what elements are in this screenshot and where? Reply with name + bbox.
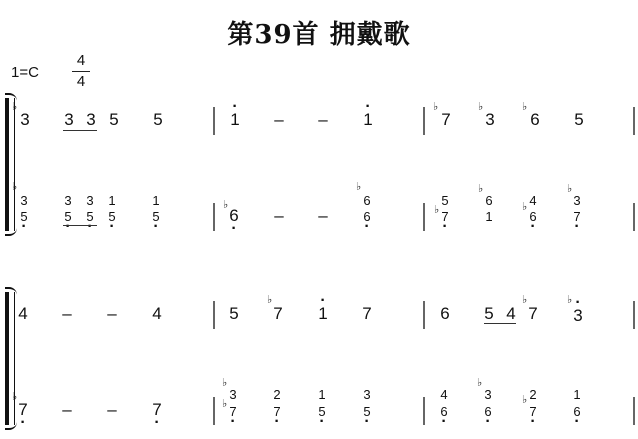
eighth-underline [63, 130, 97, 131]
time-signature: 4 4 [72, 52, 90, 91]
acc-lower-note: 7 [223, 404, 243, 419]
melody-note: 7 [523, 304, 543, 324]
acc-upper-note: 2 [523, 387, 543, 402]
acc-lower-note: 5 [14, 209, 34, 224]
acc-lower-note: 7 [523, 404, 543, 419]
acc-dash: – [313, 206, 333, 226]
barline [423, 301, 425, 329]
barline [633, 203, 635, 231]
acc-upper-note: 3 [58, 193, 78, 208]
acc-upper-note: 3 [14, 193, 34, 208]
melody-note: 5 [104, 110, 124, 130]
melody-note: 3 [59, 110, 79, 130]
melody-note: 7 [436, 110, 456, 130]
acc-upper-note: 4 [434, 387, 454, 402]
acc-lower-note: 6 [567, 404, 587, 419]
barline [213, 203, 215, 231]
acc-upper-note: 1 [102, 193, 122, 208]
melody-note: 3 [15, 110, 35, 130]
acc-lower-note: 5 [80, 209, 100, 224]
acc-upper-note: 1 [312, 387, 332, 402]
melody-note: 3 [81, 110, 101, 130]
barline [633, 301, 635, 329]
barline [423, 203, 425, 231]
acc-upper-note: 2 [267, 387, 287, 402]
acc-lower-note: 5 [312, 404, 332, 419]
acc-lower-note: 6 [523, 209, 543, 224]
acc-lower-note: 6 [434, 404, 454, 419]
acc-lower-note: 7 [13, 400, 33, 420]
barline [213, 397, 215, 425]
melody-note-high: 1 [313, 304, 333, 324]
acc-upper-note: 1 [146, 193, 166, 208]
melody-note: 5 [569, 110, 589, 130]
acc-lower-note: 7 [147, 400, 167, 420]
acc-lower-note: 7 [267, 404, 287, 419]
eighth-underline [484, 323, 516, 324]
acc-dash: – [269, 206, 289, 226]
key-signature: 1=C [11, 64, 39, 81]
melody-note: 6 [525, 110, 545, 130]
melody-note: 7 [357, 304, 377, 324]
barline [633, 397, 635, 425]
time-signature-bottom: 4 [72, 73, 90, 91]
melody-dash: – [313, 110, 333, 130]
acc-lower-note: 1 [479, 209, 499, 224]
barline [423, 107, 425, 135]
melody-note: 3 [480, 110, 500, 130]
melody-note: 5 [148, 110, 168, 130]
acc-upper-note: 3 [357, 387, 377, 402]
acc-lower-note: 5 [102, 209, 122, 224]
melody-dash: – [102, 304, 122, 324]
acc-lower-note: 5 [58, 209, 78, 224]
acc-lower-note: 7 [567, 209, 587, 224]
acc-lower-note: 5 [357, 404, 377, 419]
acc-upper-note: 3 [567, 193, 587, 208]
score-title: 第39首 拥戴歌 [0, 14, 638, 51]
flat-sign: ♭ [12, 180, 17, 193]
melody-note: 6 [435, 304, 455, 324]
melody-dash: – [269, 110, 289, 130]
melody-note: 4 [501, 304, 521, 324]
acc-dash: – [57, 400, 77, 420]
acc-lower-note: 6 [224, 206, 244, 226]
melody-dash: – [57, 304, 77, 324]
acc-upper-note: 1 [567, 387, 587, 402]
time-signature-line [72, 71, 90, 72]
barline [213, 107, 215, 135]
acc-lower-note: 5 [146, 209, 166, 224]
acc-dash: – [102, 400, 122, 420]
melody-note-high: 3 [568, 306, 588, 326]
acc-upper-note: 6 [357, 193, 377, 208]
melody-note: 4 [147, 304, 167, 324]
acc-upper-note: 3 [478, 387, 498, 402]
acc-lower-note: 6 [478, 404, 498, 419]
barline [423, 397, 425, 425]
melody-note-high: 1 [358, 110, 378, 130]
melody-note: 4 [13, 304, 33, 324]
melody-note: 5 [224, 304, 244, 324]
acc-upper-note: 3 [80, 193, 100, 208]
acc-lower-note: 6 [357, 209, 377, 224]
eighth-underline [63, 225, 97, 226]
acc-upper-note: 6 [479, 193, 499, 208]
time-signature-top: 4 [72, 52, 90, 70]
melody-note: 7 [268, 304, 288, 324]
melody-note: 5 [479, 304, 499, 324]
barline [213, 301, 215, 329]
acc-lower-note: 7 [435, 209, 455, 224]
flat-sign: ♭ [356, 180, 361, 193]
melody-note-high: 1 [225, 110, 245, 130]
barline [633, 107, 635, 135]
